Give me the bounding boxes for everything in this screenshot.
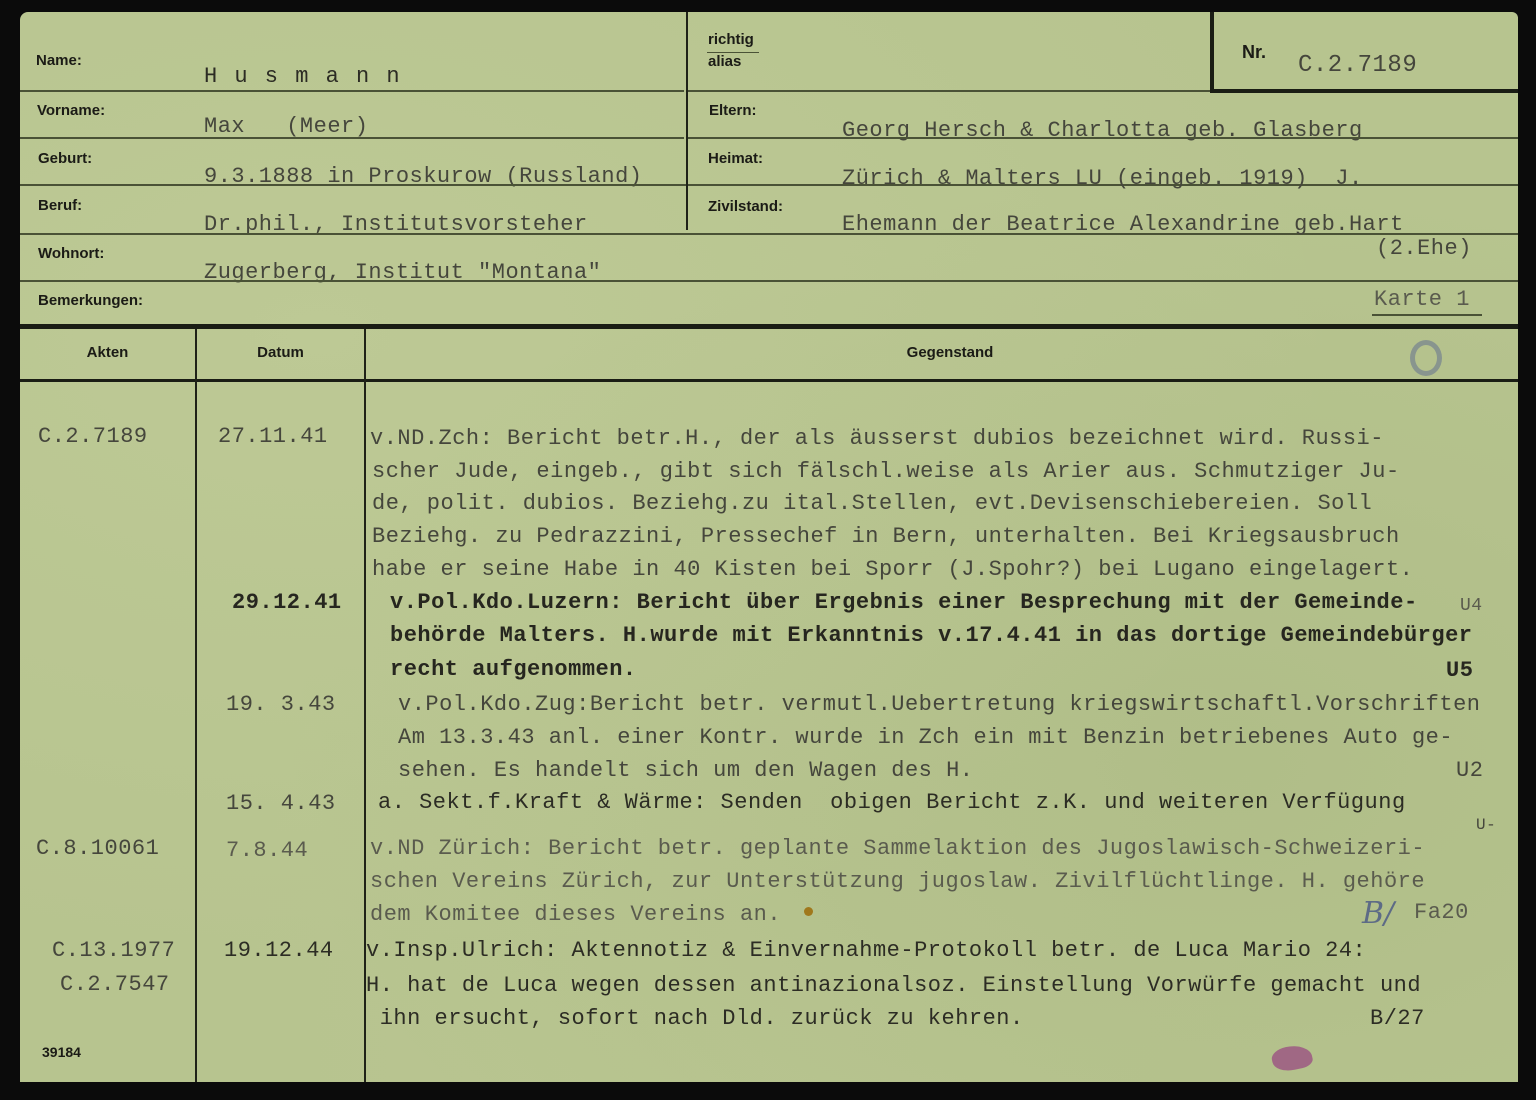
circle-stamp-icon <box>1410 340 1442 376</box>
gegenstand-line: sehen. Es handelt sich um den Wagen des … <box>398 758 974 783</box>
label-bemerkungen: Bemerkungen: <box>38 292 143 309</box>
gegenstand-line: scher Jude, eingeb., gibt sich fälschl.w… <box>372 459 1400 484</box>
datum-cell: 7.8.44 <box>226 838 308 863</box>
column-divider <box>364 329 366 1082</box>
gegenstand-line: schen Vereins Zürich, zur Unterstützung … <box>370 869 1425 894</box>
value-zivilstand: Ehemann der Beatrice Alexandrine geb.Har… <box>842 212 1404 237</box>
label-name: Name: <box>36 52 82 69</box>
gegenstand-line: v.Insp.Ulrich: Aktennotiz & Einvernahme-… <box>366 938 1366 963</box>
akten-cell: C.13.1977 <box>52 938 175 963</box>
gegenstand-line: dem Komitee dieses Vereins an. <box>370 902 781 927</box>
label-wohnort: Wohnort: <box>38 245 104 262</box>
label-nr: Nr. <box>1242 42 1266 63</box>
reference-code: U4 <box>1460 596 1483 616</box>
label-richtig: richtig <box>708 31 754 48</box>
akten-cell: C.2.7189 <box>38 424 148 449</box>
datum-cell: 29.12.41 <box>232 590 342 615</box>
form-number: 39184 <box>42 1044 81 1060</box>
value-zivilstand-note: (2.Ehe) <box>1376 236 1472 261</box>
rule <box>688 90 1210 92</box>
rule <box>1372 314 1482 316</box>
value-heimat: Zürich & Malters LU (eingeb. 1919) J. <box>842 166 1363 191</box>
column-header-datum: Datum <box>197 344 364 361</box>
ink-spot <box>804 907 813 916</box>
gegenstand-line: v.Pol.Kdo.Luzern: Bericht über Ergebnis … <box>390 590 1418 615</box>
column-divider <box>195 329 197 1082</box>
label-heimat: Heimat: <box>708 150 763 167</box>
label-beruf: Beruf: <box>38 197 82 214</box>
nr-box-border <box>1210 12 1214 92</box>
datum-cell: 15. 4.43 <box>226 791 336 816</box>
nr-box-border <box>1210 89 1518 93</box>
rule <box>20 280 1518 282</box>
label-geburt: Geburt: <box>38 150 92 167</box>
gegenstand-line: Beziehg. zu Pedrazzini, Pressechef in Be… <box>372 524 1400 549</box>
header-divider <box>686 12 688 230</box>
reference-code: B/27 <box>1370 1006 1425 1031</box>
table-header-rule <box>20 379 1518 382</box>
value-vorname: Max (Meer) <box>204 114 368 139</box>
label-eltern: Eltern: <box>709 102 757 119</box>
value-nr: C.2.7189 <box>1298 52 1417 79</box>
table-top-rule <box>20 324 1518 329</box>
rule <box>20 137 684 139</box>
akten-cell: C.2.7547 <box>60 972 170 997</box>
datum-cell: 19. 3.43 <box>226 692 336 717</box>
card-number-label: Karte 1 <box>1374 287 1470 312</box>
gegenstand-line: Am 13.3.43 anl. einer Kontr. wurde in Zc… <box>398 725 1453 750</box>
datum-cell: 27.11.41 <box>218 424 328 449</box>
gegenstand-line: behörde Malters. H.wurde mit Erkanntnis … <box>390 623 1472 648</box>
label-zivilstand: Zivilstand: <box>708 198 783 215</box>
datum-cell: 19.12.44 <box>224 938 334 963</box>
value-name: H u s m a n n <box>204 64 402 89</box>
reference-code: U- <box>1476 816 1496 834</box>
gegenstand-line: H. hat de Luca wegen dessen antinazional… <box>366 973 1421 998</box>
rule <box>20 90 684 92</box>
gegenstand-line: de, polit. dubios. Beziehg.zu ital.Stell… <box>372 491 1372 516</box>
value-eltern: Georg Hersch & Charlotta geb. Glasberg <box>842 118 1363 143</box>
gegenstand-line: recht aufgenommen. <box>390 657 637 682</box>
reference-code: U5 <box>1446 658 1473 683</box>
index-card: Name: Vorname: Geburt: Beruf: Wohnort: B… <box>20 12 1518 1082</box>
label-vorname: Vorname: <box>37 102 105 119</box>
column-header-akten: Akten <box>20 344 195 361</box>
reference-code: Fa20 <box>1414 900 1469 925</box>
gegenstand-line: v.ND.Zch: Bericht betr.H., der als äusse… <box>370 426 1384 451</box>
gegenstand-line: v.ND Zürich: Bericht betr. geplante Samm… <box>370 836 1425 861</box>
gegenstand-line: habe er seine Habe in 40 Kisten bei Spor… <box>372 557 1413 582</box>
gegenstand-line: a. Sekt.f.Kraft & Wärme: Senden obigen B… <box>378 790 1406 815</box>
gegenstand-line: v.Pol.Kdo.Zug:Bericht betr. vermutl.Uebe… <box>398 692 1480 717</box>
akten-cell: C.8.10061 <box>36 836 159 861</box>
rule <box>688 137 1518 139</box>
gegenstand-line: ihn ersucht, sofort nach Dld. zurück zu … <box>366 1006 1024 1031</box>
column-header-gegenstand: Gegenstand <box>366 344 1534 361</box>
purple-stamp-mark <box>1270 1042 1314 1074</box>
label-alias: alias <box>708 53 741 70</box>
reference-code: U2 <box>1456 758 1483 783</box>
pencil-annotation: B/ <box>1362 896 1394 931</box>
